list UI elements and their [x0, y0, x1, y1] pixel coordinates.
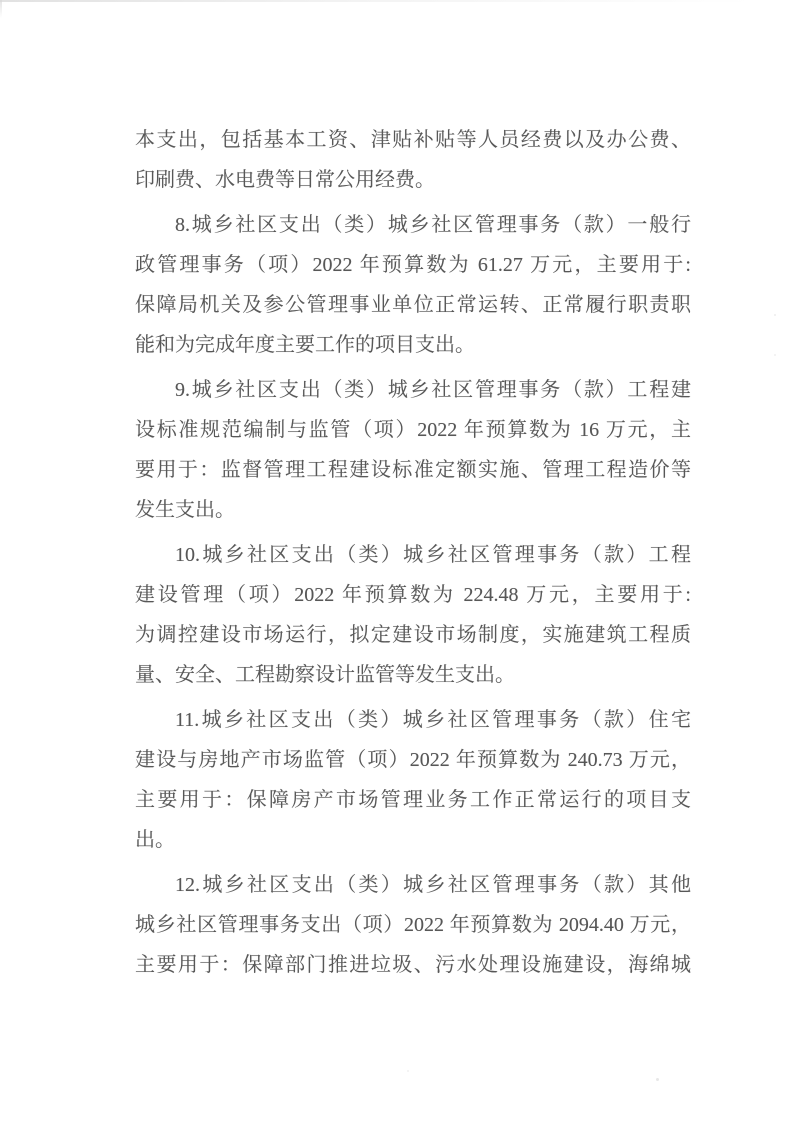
- text-line: 建设与房地产市场监管（项）2022 年预算数为 240.73 万元，: [135, 740, 691, 780]
- text-line: 发生支出。: [135, 490, 691, 530]
- text-line: 10.城乡社区支出（类）城乡社区管理事务（款）工程: [135, 535, 691, 575]
- text-line: 保障局机关及参公管理事业单位正常运转、正常履行职责职: [135, 285, 691, 325]
- text-line: 出。: [135, 820, 691, 860]
- paragraph-intro-continuation: 本支出，包括基本工资、津贴补贴等人员经费以及办公费、 印刷费、水电费等日常公用经…: [135, 120, 691, 200]
- text-line: 能和为完成年度主要工作的项目支出。: [135, 325, 691, 365]
- text-line: 建设管理（项）2022 年预算数为 224.48 万元，主要用于:: [135, 575, 691, 615]
- paragraph-item-12: 12.城乡社区支出（类）城乡社区管理事务（款）其他 城乡社区管理事务支出（项）2…: [135, 865, 691, 985]
- paragraph-item-10: 10.城乡社区支出（类）城乡社区管理事务（款）工程 建设管理（项）2022 年预…: [135, 535, 691, 695]
- text-line: 要用于：监督管理工程建设标准定额实施、管理工程造价等: [135, 450, 691, 490]
- text-line: 12.城乡社区支出（类）城乡社区管理事务（款）其他: [135, 865, 691, 905]
- scan-speck-artifact: [774, 354, 776, 356]
- text-line: 主要用于：保障房产市场管理业务工作正常运行的项目支: [135, 780, 691, 820]
- text-line: 印刷费、水电费等日常公用经费。: [135, 160, 691, 200]
- scan-speck-artifact: [656, 1078, 659, 1081]
- text-line: 9.城乡社区支出（类）城乡社区管理事务（款）工程建: [135, 370, 691, 410]
- document-page: 本支出，包括基本工资、津贴补贴等人员经费以及办公费、 印刷费、水电费等日常公用经…: [0, 0, 793, 1122]
- scan-edge-artifact-top: [0, 0, 793, 2]
- text-line: 城乡社区管理事务支出（项）2022 年预算数为 2094.40 万元，: [135, 905, 691, 945]
- paragraph-item-11: 11.城乡社区支出（类）城乡社区管理事务（款）住宅 建设与房地产市场监管（项）2…: [135, 700, 691, 860]
- scan-speck-artifact: [407, 1070, 409, 1072]
- text-line: 政管理事务（项）2022 年预算数为 61.27 万元，主要用于:: [135, 245, 691, 285]
- text-line: 为调控建设市场运行，拟定建设市场制度，实施建筑工程质: [135, 615, 691, 655]
- text-line: 11.城乡社区支出（类）城乡社区管理事务（款）住宅: [135, 700, 691, 740]
- text-line: 主要用于：保障部门推进垃圾、污水处理设施建设，海绵城: [135, 945, 691, 985]
- paragraph-item-9: 9.城乡社区支出（类）城乡社区管理事务（款）工程建 设标准规范编制与监管（项）2…: [135, 370, 691, 530]
- scan-edge-artifact-left: [0, 0, 2, 18]
- text-line: 量、安全、工程勘察设计监管等发生支出。: [135, 655, 691, 695]
- document-text-block: 本支出，包括基本工资、津贴补贴等人员经费以及办公费、 印刷费、水电费等日常公用经…: [135, 120, 691, 985]
- text-line: 本支出，包括基本工资、津贴补贴等人员经费以及办公费、: [135, 120, 691, 160]
- scan-speck-artifact: [774, 314, 776, 316]
- paragraph-item-8: 8.城乡社区支出（类）城乡社区管理事务（款）一般行 政管理事务（项）2022 年…: [135, 205, 691, 365]
- text-line: 8.城乡社区支出（类）城乡社区管理事务（款）一般行: [135, 205, 691, 245]
- text-line: 设标准规范编制与监管（项）2022 年预算数为 16 万元，主: [135, 410, 691, 450]
